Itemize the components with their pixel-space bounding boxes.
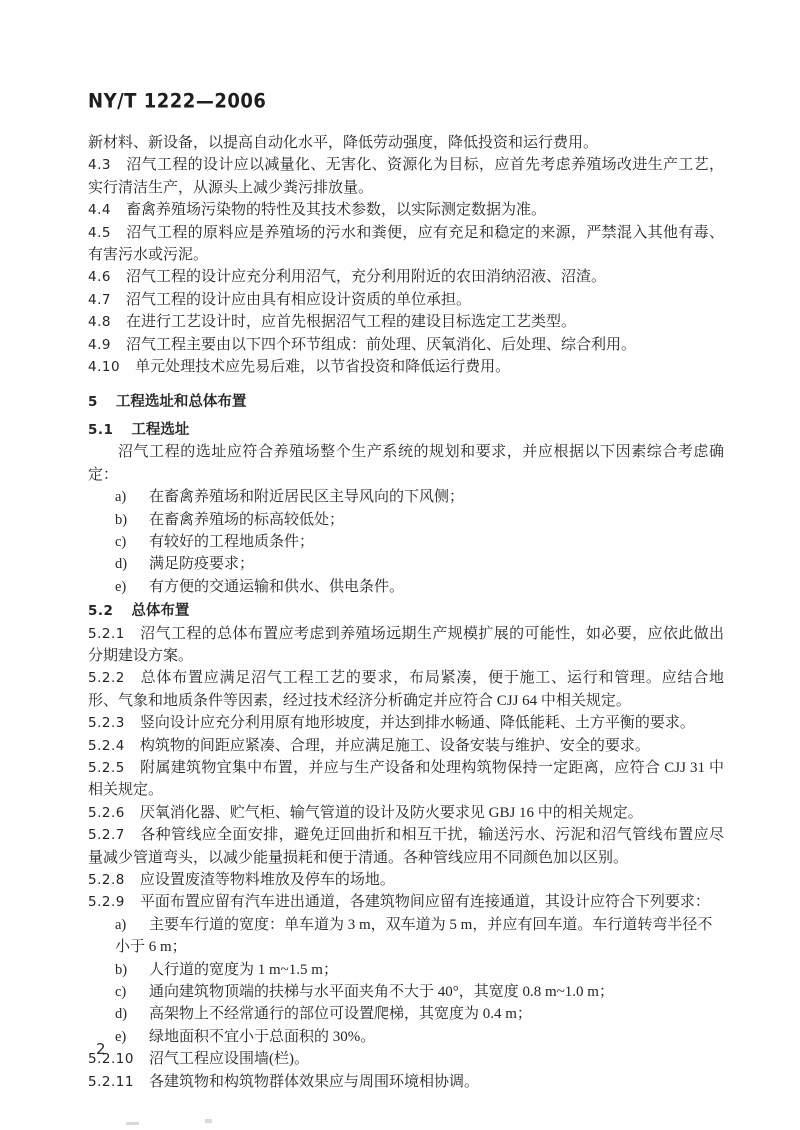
clause-5.2.1: 5.2.1沼气工程的总体布置应考虑到养殖场远期生产规模扩展的可能性，如必要，应依… [88, 623, 724, 668]
clause-5.2.6: 5.2.6厌氧消化器、贮气柜、输气管道的设计及防火要求见 GBJ 16 中的相关… [88, 802, 724, 824]
scan-artifact [126, 1122, 139, 1125]
clause-4.3: 4.3沼气工程的设计应以减量化、无害化、资源化为目标，应首先考虑养殖场改进生产工… [88, 154, 724, 199]
paragraph-text: 各种管线应全面安排，避免迂回曲折和相互干扰，输送污水、污泥和沼气管线布置应尽量减… [88, 827, 724, 865]
clause-4.10: 4.10单元处理技术应先易后难，以节省投资和降低运行费用。 [88, 356, 724, 378]
clause-number: 4.8 [88, 314, 126, 330]
list-item-a: a)在畜禽养殖场和附近居民区主导风向的下风侧； [88, 486, 724, 508]
document-body: 新材料、新设备，以提高自动化水平，降低劳动强度，降低投资和运行费用。4.3沼气工… [88, 132, 724, 1093]
clause-number: 5.2.8 [88, 872, 140, 888]
standard-code-header: NY/T 1222—2006 [88, 90, 266, 113]
clause-number: 4.5 [88, 225, 126, 241]
clause-number: 4.4 [88, 202, 126, 218]
clause-number: 5.2.2 [88, 670, 140, 686]
intro-paragraph: 沼气工程的选址应符合养殖场整个生产系统的规划和要求，并应根据以下因素综合考虑确定… [88, 441, 724, 486]
paragraph-text: 高架物上不经常通行的部位可设置爬梯，其宽度为 0.4 m； [149, 1006, 532, 1022]
paragraph-text: 平面布置应留有汽车进出通道，各建筑物间应留有连接通道，其设计应符合下列要求： [140, 894, 710, 910]
paragraph-text: 有方便的交通运输和供水、供电条件。 [149, 579, 404, 595]
paragraph-text: 沼气工程主要由以下四个环节组成：前处理、厌氧消化、后处理、综合利用。 [126, 337, 636, 353]
paragraph-text: 沼气工程的选址应符合养殖场整个生产系统的规划和要求，并应根据以下因素综合考虑确定… [88, 444, 724, 482]
list-item-e: e)有方便的交通运输和供水、供电条件。 [88, 576, 724, 598]
paragraph-text: 竖向设计应充分利用原有地形坡度，并达到排水畅通、降低能耗、土方平衡的要求。 [140, 715, 695, 731]
section-heading-5: 5工程选址和总体布置 [88, 391, 724, 413]
paragraph-text: 构筑物的间距应紧凑、合理，并应满足施工、设备安装与维护、安全的要求。 [140, 738, 650, 754]
clause-4.4: 4.4畜禽养殖场污染物的特性及其技术参数，以实际测定数据为准。 [88, 199, 724, 221]
paragraph-text: 工程选址 [131, 422, 189, 438]
paragraph-text: 主要车行道的宽度：单车道为 3 m，双车道为 5 m，并应有回车道。车行道转弯半… [115, 917, 712, 955]
clause-number: 5.2.6 [88, 805, 140, 821]
paragraph-text: 满足防疫要求； [149, 556, 254, 572]
clause-number: 5.2.4 [88, 738, 140, 754]
list-item-letter: e) [115, 576, 149, 598]
clause-number: 5.2.1 [88, 626, 140, 642]
paragraph-text: 人行道的宽度为 1 m~1.5 m； [149, 962, 338, 978]
paragraph-text: 沼气工程的设计应由具有相应设计资质的单位承担。 [126, 292, 471, 308]
clause-5.2.2: 5.2.2总体布置应满足沼气工程工艺的要求，布局紧凑，便于施工、运行和管理。应结… [88, 667, 724, 712]
paragraph-text: 畜禽养殖场污染物的特性及其技术参数，以实际测定数据为准。 [126, 202, 546, 218]
clause-number: 5.2.11 [88, 1074, 149, 1090]
clause-number: 5.2.3 [88, 715, 140, 731]
paragraph-text: 在畜禽养殖场和附近居民区主导风向的下风侧； [149, 489, 464, 505]
document-page: NY/T 1222—2006 新材料、新设备，以提高自动化水平，降低劳动强度，降… [0, 0, 800, 1130]
clause-number: 5 [88, 394, 116, 410]
paragraph-text: 应设置废渣等物料堆放及停车的场地。 [140, 872, 395, 888]
clause-number: 5.2.9 [88, 894, 140, 910]
paragraph-text: 沼气工程的设计应以减量化、无害化、资源化为目标，应首先考虑养殖场改进生产工艺，实… [88, 157, 724, 195]
list-item-d: d)高架物上不经常通行的部位可设置爬梯，其宽度为 0.4 m； [88, 1003, 724, 1025]
list-item-letter: d) [115, 553, 149, 575]
paragraph-text: 沼气工程应设围墙(栏)。 [149, 1051, 309, 1067]
list-item-letter: a) [115, 914, 149, 936]
paragraph-text: 新材料、新设备，以提高自动化水平，降低劳动强度，降低投资和运行费用。 [88, 135, 598, 151]
clause-4.8: 4.8在进行工艺设计时，应首先根据沼气工程的建设目标选定工艺类型。 [88, 311, 724, 333]
clause-number: 5.2.7 [88, 827, 140, 843]
paragraph-text: 绿地面积不宜小于总面积的 30%。 [149, 1029, 375, 1045]
list-item-a: a)主要车行道的宽度：单车道为 3 m，双车道为 5 m，并应有回车道。车行道转… [88, 914, 724, 959]
clause-number: 4.7 [88, 292, 126, 308]
clause-5.2.7: 5.2.7各种管线应全面安排，避免迂回曲折和相互干扰，输送污水、污泥和沼气管线布… [88, 824, 724, 869]
clause-5.2.3: 5.2.3竖向设计应充分利用原有地形坡度，并达到排水畅通、降低能耗、土方平衡的要… [88, 712, 724, 734]
paragraph-text: 总体布置 [131, 603, 189, 619]
paragraph-text: 通向建筑物顶端的扶梯与水平面夹角不大于 40°，其宽度 0.8 m~1.0 m； [149, 984, 614, 1000]
clause-4.9: 4.9沼气工程主要由以下四个环节组成：前处理、厌氧消化、后处理、综合利用。 [88, 334, 724, 356]
plain-paragraph: 新材料、新设备，以提高自动化水平，降低劳动强度，降低投资和运行费用。 [88, 132, 724, 154]
clause-number: 4.3 [88, 157, 126, 173]
paragraph-text: 在畜禽养殖场的标高较低处； [149, 512, 344, 528]
list-item-c: c)有较好的工程地质条件； [88, 531, 724, 553]
list-item-e: e)绿地面积不宜小于总面积的 30%。 [88, 1026, 724, 1048]
clause-5.2.5: 5.2.5附属建筑物宜集中布置，并应与生产设备和处理构筑物保持一定距离，应符合 … [88, 757, 724, 802]
section-heading-5.1: 5.1工程选址 [88, 419, 724, 441]
paragraph-text: 厌氧消化器、贮气柜、输气管道的设计及防火要求见 GBJ 16 中的相关规定。 [140, 805, 643, 821]
clause-number: 5.2.5 [88, 760, 140, 776]
clause-5.2.8: 5.2.8应设置废渣等物料堆放及停车的场地。 [88, 869, 724, 891]
paragraph-text: 沼气工程的原料应是养殖场的污水和粪便，应有充足和稳定的来源，严禁混入其他有毒、有… [88, 225, 724, 263]
clause-4.6: 4.6沼气工程的设计应充分利用沼气，充分利用附近的农田消纳沼液、沼渣。 [88, 266, 724, 288]
paragraph-text: 沼气工程的设计应充分利用沼气，充分利用附近的农田消纳沼液、沼渣。 [126, 269, 606, 285]
clause-number: 4.6 [88, 269, 126, 285]
clause-number: 4.9 [88, 337, 126, 353]
paragraph-text: 单元处理技术应先易后难，以节省投资和降低运行费用。 [135, 359, 510, 375]
list-item-c: c)通向建筑物顶端的扶梯与水平面夹角不大于 40°，其宽度 0.8 m~1.0 … [88, 981, 724, 1003]
list-item-b: b)人行道的宽度为 1 m~1.5 m； [88, 959, 724, 981]
list-item-letter: c) [115, 981, 149, 1003]
paragraph-text: 有较好的工程地质条件； [149, 534, 314, 550]
section-heading-5.2: 5.2总体布置 [88, 600, 724, 622]
clause-5.2.11: 5.2.11各建筑物和构筑物群体效果应与周围环境相协调。 [88, 1071, 724, 1093]
list-item-letter: b) [115, 509, 149, 531]
list-item-letter: e) [115, 1026, 149, 1048]
paragraph-text: 在进行工艺设计时，应首先根据沼气工程的建设目标选定工艺类型。 [126, 314, 576, 330]
clause-5.2.9: 5.2.9平面布置应留有汽车进出通道，各建筑物间应留有连接通道，其设计应符合下列… [88, 891, 724, 913]
list-item-letter: c) [115, 531, 149, 553]
clause-number: 4.10 [88, 359, 135, 375]
clause-number: 5.2 [88, 603, 131, 619]
page-number: 2 [96, 1040, 106, 1058]
scan-artifact [205, 1119, 212, 1123]
clause-5.2.10: 5.2.10沼气工程应设围墙(栏)。 [88, 1048, 724, 1070]
clause-4.5: 4.5沼气工程的原料应是养殖场的污水和粪便，应有充足和稳定的来源，严禁混入其他有… [88, 222, 724, 267]
clause-5.2.4: 5.2.4构筑物的间距应紧凑、合理，并应满足施工、设备安装与维护、安全的要求。 [88, 735, 724, 757]
paragraph-text: 沼气工程的总体布置应考虑到养殖场远期生产规模扩展的可能性，如必要，应依此做出分期… [88, 626, 724, 664]
list-item-letter: b) [115, 959, 149, 981]
paragraph-text: 附属建筑物宜集中布置，并应与生产设备和处理构筑物保持一定距离，应符合 CJJ 3… [88, 760, 724, 798]
list-item-letter: a) [115, 486, 149, 508]
paragraph-text: 各建筑物和构筑物群体效果应与周围环境相协调。 [149, 1074, 479, 1090]
clause-number: 5.1 [88, 422, 131, 438]
paragraph-text: 总体布置应满足沼气工程工艺的要求，布局紧凑，便于施工、运行和管理。应结合地形、气… [88, 670, 724, 708]
paragraph-text: 工程选址和总体布置 [116, 394, 247, 410]
list-item-d: d)满足防疫要求； [88, 553, 724, 575]
clause-4.7: 4.7沼气工程的设计应由具有相应设计资质的单位承担。 [88, 289, 724, 311]
list-item-b: b)在畜禽养殖场的标高较低处； [88, 509, 724, 531]
list-item-letter: d) [115, 1003, 149, 1025]
